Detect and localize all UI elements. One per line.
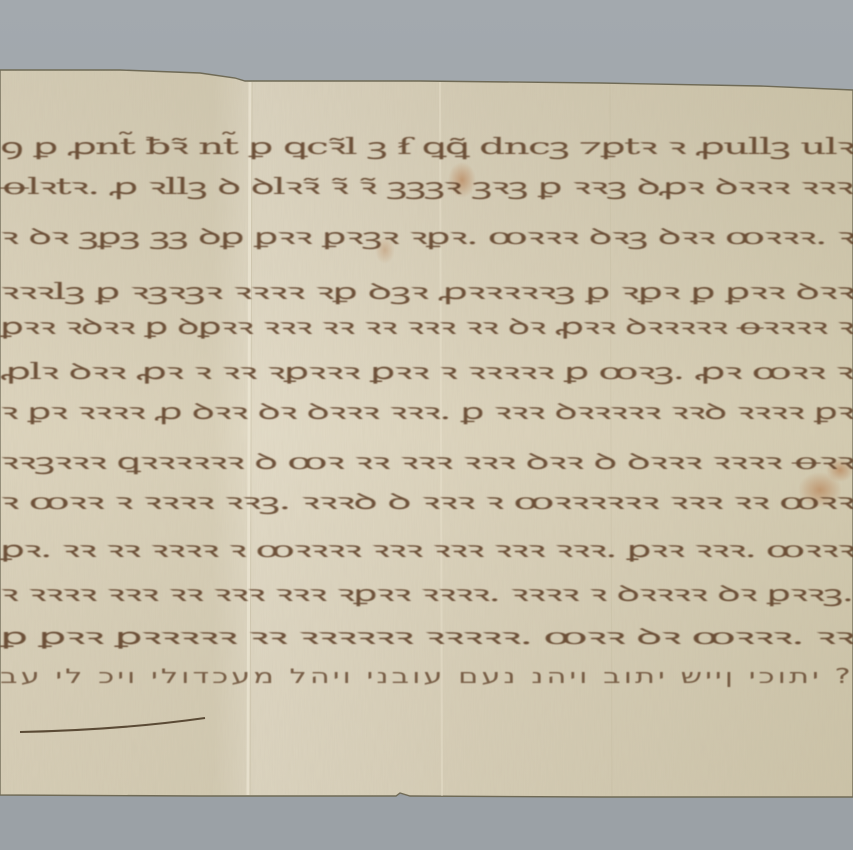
- script-line-7: ꝛ ꝑꝛ ꝛꝛꝛꝛ ꝓ ꝺꝛꝛ ꝺꝛ ꝺꝛꝛꝛ ꝛꝛꝛ. ꝑ ꝛꝛꝛ ꝺꝛꝛꝛꝛ…: [0, 396, 853, 426]
- manuscript-photo: ꝯ ꝑ ꝓnt̃ ƀꝛ̃ nt̃ ꝑ ꝗcꝛ̃l ꝫ ẜ ꝗꝗ̃ dncꝫ ⁊ꝑ…: [0, 0, 853, 850]
- script-line-11: ꝛ ꝛꝛꝛꝛ ꝛꝛꝛ ꝛꝛ ꝛꝛꝛ ꝛꝛꝛ ꝛꝑꝛꝛ ꝛꝛꝛꝛ. ꝛꝛꝛꝛ ꝛ …: [0, 578, 852, 608]
- script-line-3: ꝛ ꝺꝛ ꝫꝑꝫ ꝫꝫ ꝺꝑ ꝑꝛꝛ ꝑꝛꝫꝛ ꝛꝑꝛ. ꝏꝛꝛꝛ ꝺꝛꝫ ꝺꝛ…: [0, 221, 853, 251]
- script-line-6: ꝓlꝛ ꝺꝛꝛ ꝓꝛ ꝛ ꝛꝛ ꝛꝑꝛꝛꝛ ꝑꝛꝛ ꝛ ꝛꝛꝛꝛꝛ ꝑ ꝏꝛꝫ.…: [0, 356, 852, 386]
- script-line-1: ꝯ ꝑ ꝓnt̃ ƀꝛ̃ nt̃ ꝑ ꝗcꝛ̃l ꝫ ẜ ꝗꝗ̃ dncꝫ ⁊ꝑ…: [0, 131, 853, 161]
- script-line-10: ꝑꝛ. ꝛꝛ ꝛꝛ ꝛꝛꝛꝛ ꝛ ꝏꝛꝛꝛꝛ ꝛꝛꝛ ꝛꝛꝛ ꝛꝛꝛ ꝛꝛꝛ. …: [0, 534, 853, 564]
- script-line-12: ꝑ ꝑꝛꝛ ꝑꝛꝛꝛꝛꝛ ꝛꝛ ꝛꝛꝛꝛꝛꝛ ꝛꝛꝛꝛꝛ. ꝏꝛꝛ ꝺꝛ ꝏꝛꝛ…: [0, 621, 853, 651]
- script-line-4: ꝛꝛꝛlꝫ ꝑ ꝛꝫꝛꝫꝛ ꝛꝛꝛꝛ ꝛꝑ ꝺꝫꝛ ꝓꝛꝛꝛꝛꝛꝫ ꝑ ꝛꝑꝛ …: [0, 276, 853, 306]
- script-line-8: ꝛꝛꝫꝛꝛꝛ ꝗꝛꝛꝛꝛꝛꝛ ꝺ ꝏꝛ ꝛꝛ ꝛꝛꝛ ꝛꝛꝛ ꝺꝛꝛ ꝺ ꝺꝛꝛ…: [0, 446, 853, 476]
- script-line-2: ꝋlꝛtꝛ. ꝓ ꝛllꝫ ꝺ ꝺlꝛꝛ̃ ꝛ̃ ꝛ̃ ꝫꝫꝫꝛ ꝫꝛꝫ ꝑ ꝛ…: [0, 171, 852, 201]
- script-line-5: ꝑꝛꝛ ꝛꝺꝛꝛ ꝑ ꝺꝑꝛꝛ ꝛꝛꝛ ꝛꝛ ꝛꝛ ꝛꝛꝛ ꝛꝛ ꝺꝛ ꝓꝛꝛ …: [0, 311, 853, 341]
- script-line-9: ꝛ ꝏꝛꝛ ꝛ ꝛꝛꝛꝛ ꝛꝛꝫ. ꝛꝛꝛꝺ ꝺ ꝛꝛꝛ ꝛ ꝏꝛꝛꝛꝛꝛꝛ ꝛ…: [0, 486, 853, 516]
- hebrew-footer-line: יתוכי ןייש יתוב ויהנ נעם עובני ויהל מעכד…: [0, 664, 853, 688]
